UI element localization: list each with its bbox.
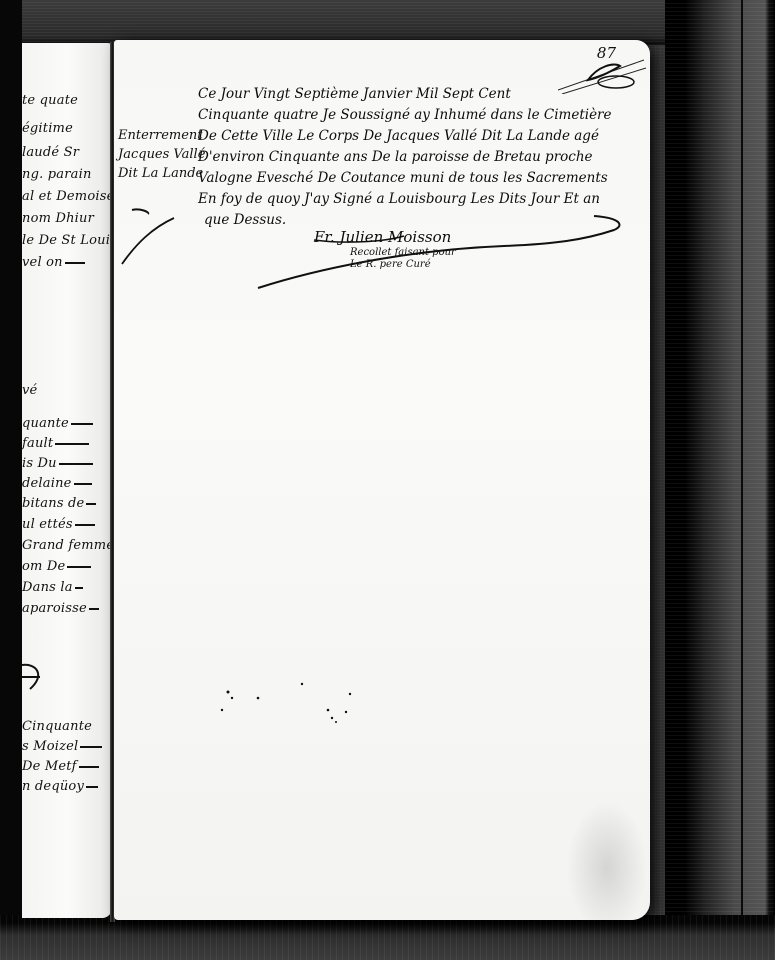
entry-line: De Cette Ville Le Corps De Jacques Vallé…	[198, 126, 648, 147]
left-line: laudé Sr	[22, 145, 79, 160]
margin-note-alias: Dit La Lande	[118, 164, 204, 183]
left-line: quante	[22, 416, 93, 431]
left-line: al et Demoisele	[22, 189, 112, 204]
scan-top-border	[22, 0, 775, 45]
scan-right-border	[665, 0, 775, 960]
left-line: is Du	[22, 456, 93, 471]
left-line: te quate	[22, 93, 78, 108]
entry-line: Cinquante quatre Je Soussigné ay Inhumé …	[198, 105, 648, 126]
signature-name: Fr. Julien Moisson	[314, 228, 451, 246]
left-page: te quate égitime laudé Sr ng. parain al …	[22, 43, 112, 918]
scan-bottom-border	[0, 915, 775, 960]
left-line: nom Dhiur	[22, 211, 94, 226]
left-line: fault	[22, 436, 89, 451]
left-line: delaine	[22, 476, 92, 491]
right-page: 87 Enterrement Jacques Vallé Dit La Land…	[114, 40, 650, 920]
left-line: Grand femme	[22, 538, 112, 553]
left-line: Cinquante	[22, 719, 92, 734]
left-line: n deqüoy	[22, 779, 98, 794]
left-flourish-icon	[22, 661, 52, 695]
entry-line: D'environ Cinquante ans De la paroisse d…	[198, 147, 648, 168]
binding-rail	[741, 0, 743, 960]
entry-line: En foy de quoy J'ay Signé a Louisbourg L…	[198, 189, 648, 210]
left-line: ul ettés	[22, 517, 95, 532]
margin-note-title: Enterrement	[118, 126, 204, 145]
signature-title: Recollet faisant pour Le R. pere Curé	[350, 247, 456, 271]
entry-line: Valogne Evesché De Coutance muni de tous…	[198, 168, 648, 189]
left-line: bitans de	[22, 496, 96, 511]
left-line: vel on	[22, 255, 85, 270]
margin-stroke-icon	[118, 206, 188, 266]
burial-entry: Ce Jour Vingt Septième Janvier Mil Sept …	[198, 84, 648, 231]
left-line: vé	[22, 383, 37, 398]
left-line: le De St Louis	[22, 233, 112, 248]
left-line: om De	[22, 559, 91, 574]
margin-note-name: Jacques Vallé	[118, 145, 204, 164]
scan-left-edge	[0, 0, 22, 960]
ink-specks	[214, 680, 414, 740]
entry-line: Ce Jour Vingt Septième Janvier Mil Sept …	[198, 84, 648, 105]
left-line: ng. parain	[22, 167, 92, 182]
margin-note: Enterrement Jacques Vallé Dit La Lande	[118, 126, 204, 183]
left-line: De Metf	[22, 759, 99, 774]
left-line: égitime	[22, 121, 73, 136]
left-line: aparoisse	[22, 601, 99, 616]
left-line: s Moizel	[22, 739, 102, 754]
left-line: Dans la	[22, 580, 83, 595]
